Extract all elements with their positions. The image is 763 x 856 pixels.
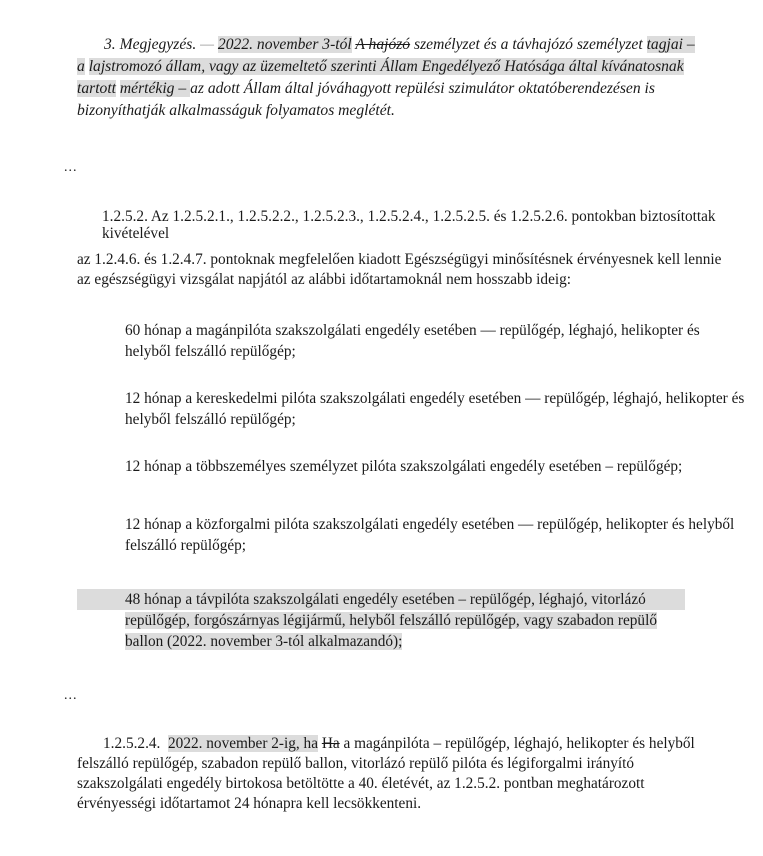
validity-item: 60 hónap a magánpilóta szakszolgálati en… [125, 320, 745, 362]
inserted-date: 2022. november 3-tól [218, 36, 352, 53]
note-label: 3. Megjegyzés. [104, 36, 196, 53]
deleted-text: Ha [322, 735, 340, 752]
validity-item: 12 hónap a többszemélyes személyzet piló… [125, 456, 745, 477]
section-1252-heading: 1.2.5.2. Az 1.2.5.2.1., 1.2.5.2.2., 1.2.… [102, 208, 722, 242]
validity-item: 12 hónap a közforgalmi pilóta szakszolgá… [125, 514, 745, 556]
validity-item-inserted: 48 hónap a távpilóta szakszolgálati enge… [125, 589, 685, 652]
note-3-paragraph: 3. Megjegyzés. — 2022. november 3-tól A … [77, 34, 697, 122]
note-dash: — [200, 36, 214, 53]
omission-ellipsis: ... [64, 688, 78, 704]
validity-item: 12 hónap a kereskedelmi pilóta szakszolg… [125, 388, 745, 430]
section-number: 1.2.5.2.4. [103, 735, 160, 752]
note-text-1: személyzet és a távhajózó személyzet [414, 36, 643, 53]
section-12524-paragraph: 1.2.5.2.4. 2022. november 2-ig, ha Ha a … [77, 734, 717, 814]
omission-ellipsis: ... [64, 160, 78, 176]
deleted-text: A hajózó [355, 36, 410, 53]
section-1252-body: az 1.2.4.6. és 1.2.4.7. pontoknak megfel… [77, 250, 737, 290]
inserted-text: 2022. november 2-ig, ha [168, 735, 318, 752]
inserted-text-c: mértékig – [120, 80, 190, 97]
